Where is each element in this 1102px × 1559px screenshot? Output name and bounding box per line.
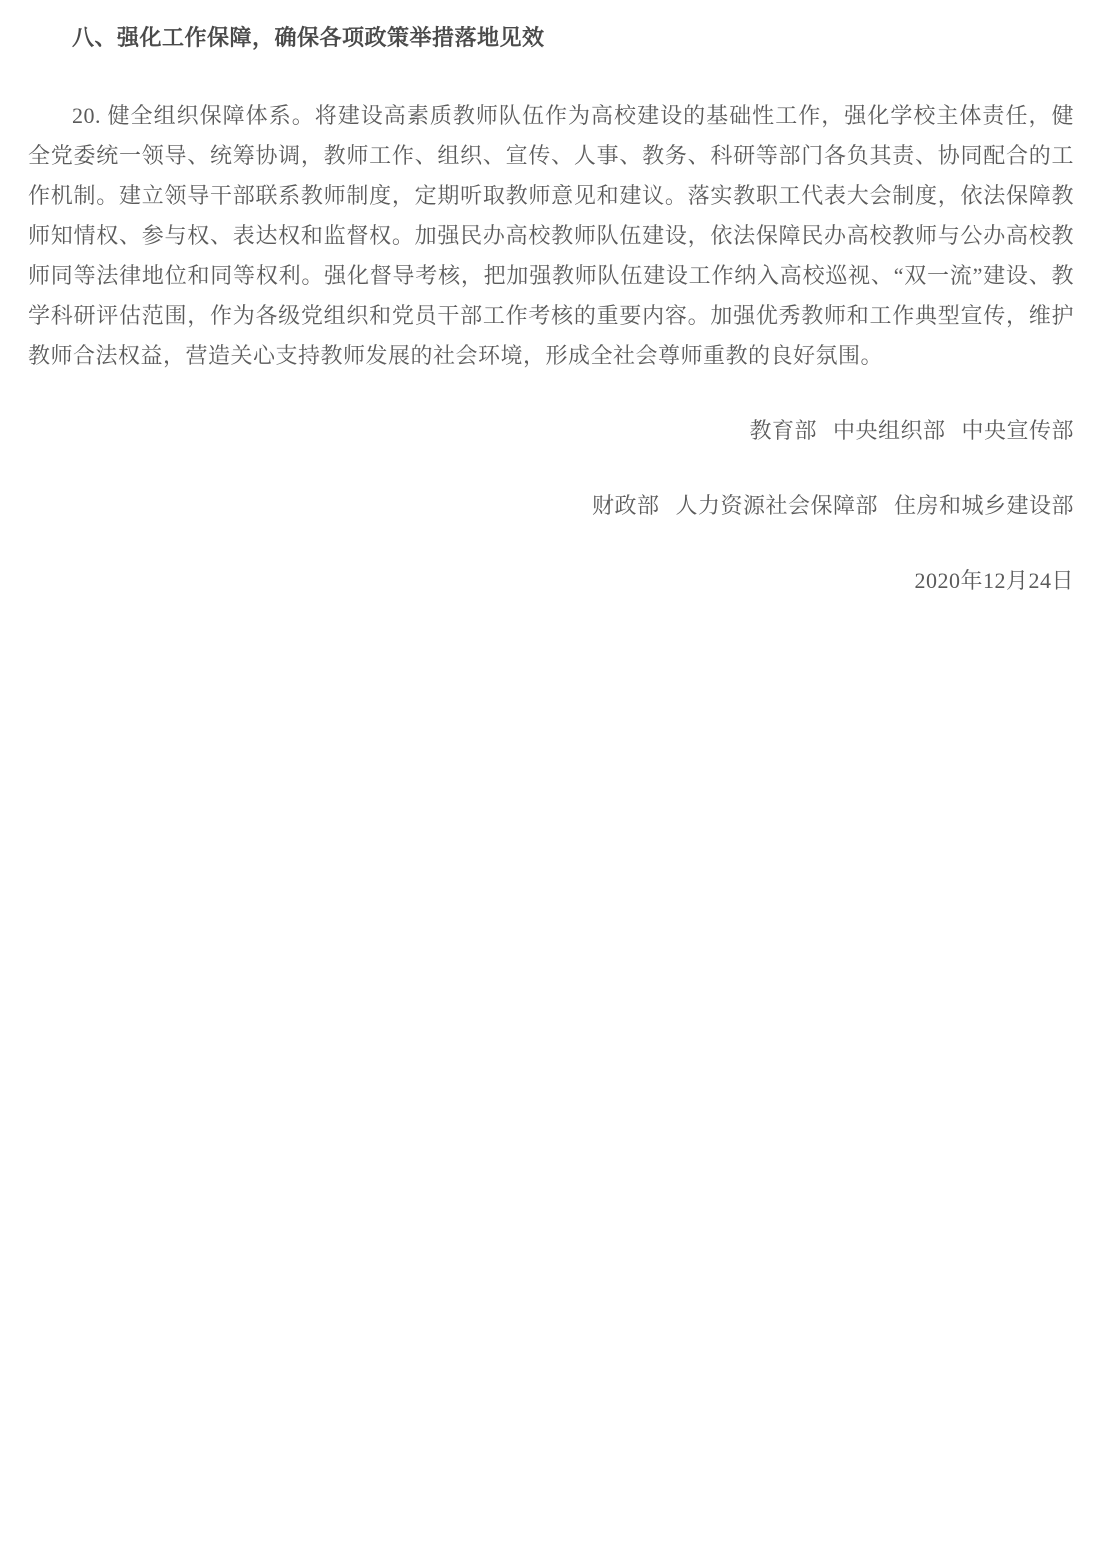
signature-line-1: 教育部 中央组织部 中央宣传部 [28, 411, 1074, 451]
document-page: 八、强化工作保障，确保各项政策举措落地见效 20. 健全组织保障体系。将建设高素… [0, 0, 1102, 1559]
document-date: 2020年12月24日 [28, 561, 1074, 601]
section-heading: 八、强化工作保障，确保各项政策举措落地见效 [28, 18, 1074, 58]
signature-line-2: 财政部 人力资源社会保障部 住房和城乡建设部 [28, 486, 1074, 526]
body-paragraph: 20. 健全组织保障体系。将建设高素质教师队伍作为高校建设的基础性工作，强化学校… [28, 96, 1074, 376]
